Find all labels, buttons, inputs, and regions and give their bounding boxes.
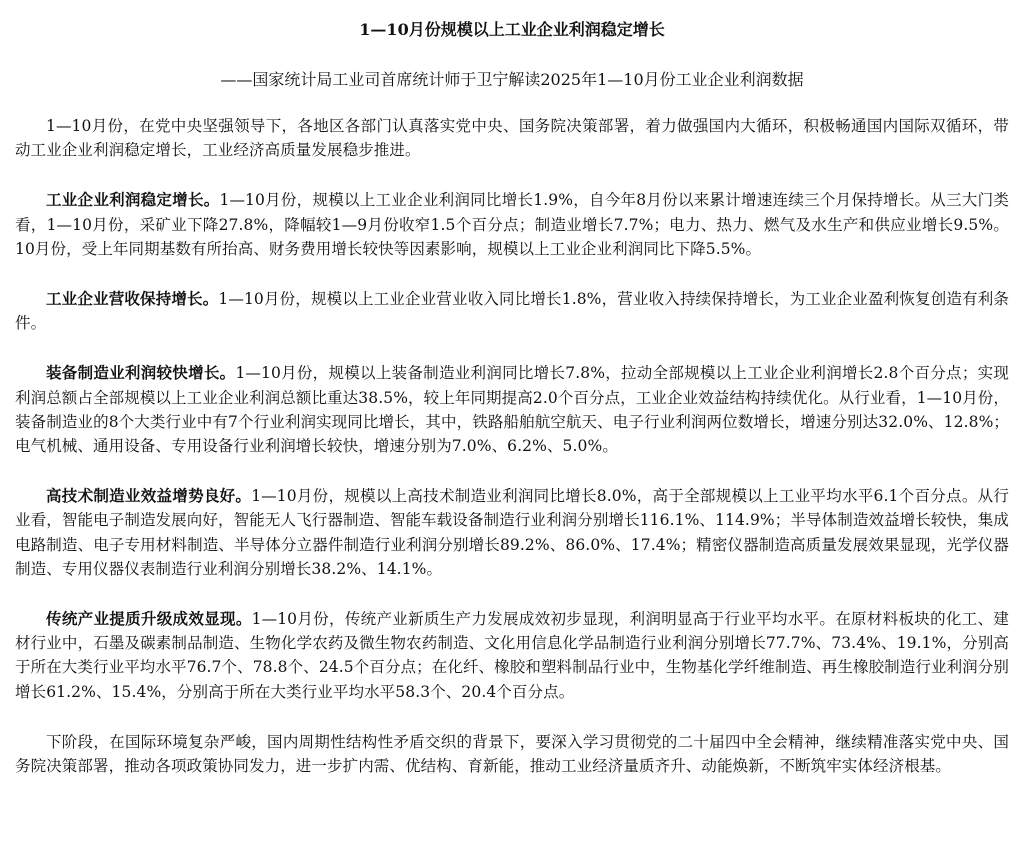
paragraph-revenue-growth: 工业企业营收保持增长。1—10月份，规模以上工业企业营业收入同比增长1.8%，营… bbox=[15, 287, 1009, 335]
paragraph-equipment-manufacturing: 装备制造业利润较快增长。1—10月份，规模以上装备制造业利润同比增长7.8%，拉… bbox=[15, 361, 1009, 458]
paragraph-lead: 工业企业营收保持增长。 bbox=[46, 289, 218, 308]
article-title: 1—10月份规模以上工业企业利润稳定增长 bbox=[15, 18, 1009, 42]
paragraph-lead: 高技术制造业效益增势良好。 bbox=[46, 486, 251, 505]
paragraph-traditional-industry: 传统产业提质升级成效显现。1—10月份，传统产业新质生产力发展成效初步显现，利润… bbox=[15, 607, 1009, 704]
paragraph-intro: 1—10月份，在党中央坚强领导下，各地区各部门认真落实党中央、国务院决策部署，着… bbox=[15, 114, 1009, 162]
article-subtitle: ——国家统计局工业司首席统计师于卫宁解读2025年1—10月份工业企业利润数据 bbox=[15, 68, 1009, 92]
paragraph-lead: 传统产业提质升级成效显现。 bbox=[46, 609, 252, 628]
paragraph-profit-growth: 工业企业利润稳定增长。1—10月份，规模以上工业企业利润同比增长1.9%，自今年… bbox=[15, 188, 1009, 261]
paragraph-high-tech-manufacturing: 高技术制造业效益增势良好。1—10月份，规模以上高技术制造业利润同比增长8.0%… bbox=[15, 484, 1009, 581]
paragraph-lead: 工业企业利润稳定增长。 bbox=[46, 190, 219, 209]
paragraph-body: 1—10月份，在党中央坚强领导下，各地区各部门认真落实党中央、国务院决策部署，着… bbox=[15, 117, 1009, 159]
article: 1—10月份规模以上工业企业利润稳定增长 ——国家统计局工业司首席统计师于卫宁解… bbox=[0, 18, 1023, 778]
paragraph-outlook: 下阶段，在国际环境复杂严峻，国内周期性结构性矛盾交织的背景下，要深入学习贯彻党的… bbox=[15, 730, 1009, 778]
paragraph-lead: 装备制造业利润较快增长。 bbox=[46, 363, 235, 382]
paragraph-body: 下阶段，在国际环境复杂严峻，国内周期性结构性矛盾交织的背景下，要深入学习贯彻党的… bbox=[15, 733, 1009, 775]
